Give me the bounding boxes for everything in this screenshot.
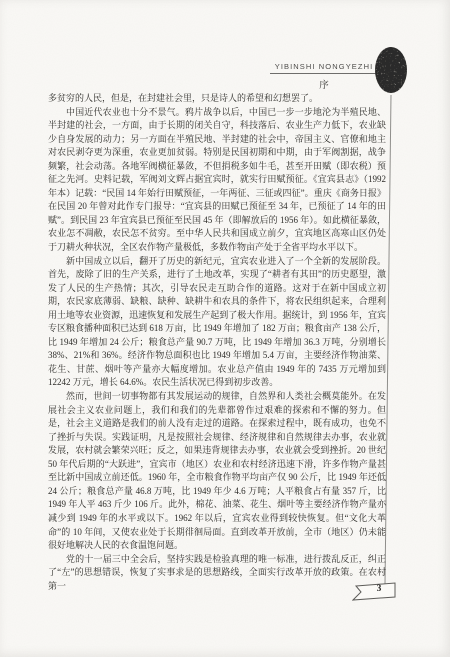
book-page: YIBINSHI NONGYEZHI 序 多贫穷的人 xyxy=(0,0,450,657)
plant-thumbprint-ornament-icon xyxy=(372,44,412,98)
page-header: YIBINSHI NONGYEZHI 序 xyxy=(270,62,378,91)
section-title: 序 xyxy=(270,77,378,91)
paragraph: 然而，世间一切事物都有其发展运动的规律，自然界和人类社会概莫能外。在发展社会主义… xyxy=(48,390,386,553)
paragraph: 多贫穷的人民，但是，在封建社会里，只是诗人的希望和幻想罢了。 xyxy=(48,92,386,106)
paragraph: 党的十一届三中全会后，坚持实践是检验真理的唯一标准，进行拨乱反正，纠正了“左”的… xyxy=(48,553,386,594)
page-number-flag: 3 xyxy=(352,580,398,602)
running-title: YIBINSHI NONGYEZHI xyxy=(270,62,378,74)
paragraph: 新中国成立以后，翻开了历史的新纪元，宜宾农业进入了一个全新的发展阶段。首先，废除… xyxy=(48,255,386,390)
page-number: 3 xyxy=(369,584,389,594)
paragraph: 中国近代农业也十分不景气。鸦片战争以后，中国已一步一步地沦为半殖民地、半封建的社… xyxy=(48,106,386,255)
preface-body: 多贫穷的人民，但是，在封建社会里，只是诗人的希望和幻想罢了。 中国近代农业也十分… xyxy=(48,92,386,593)
